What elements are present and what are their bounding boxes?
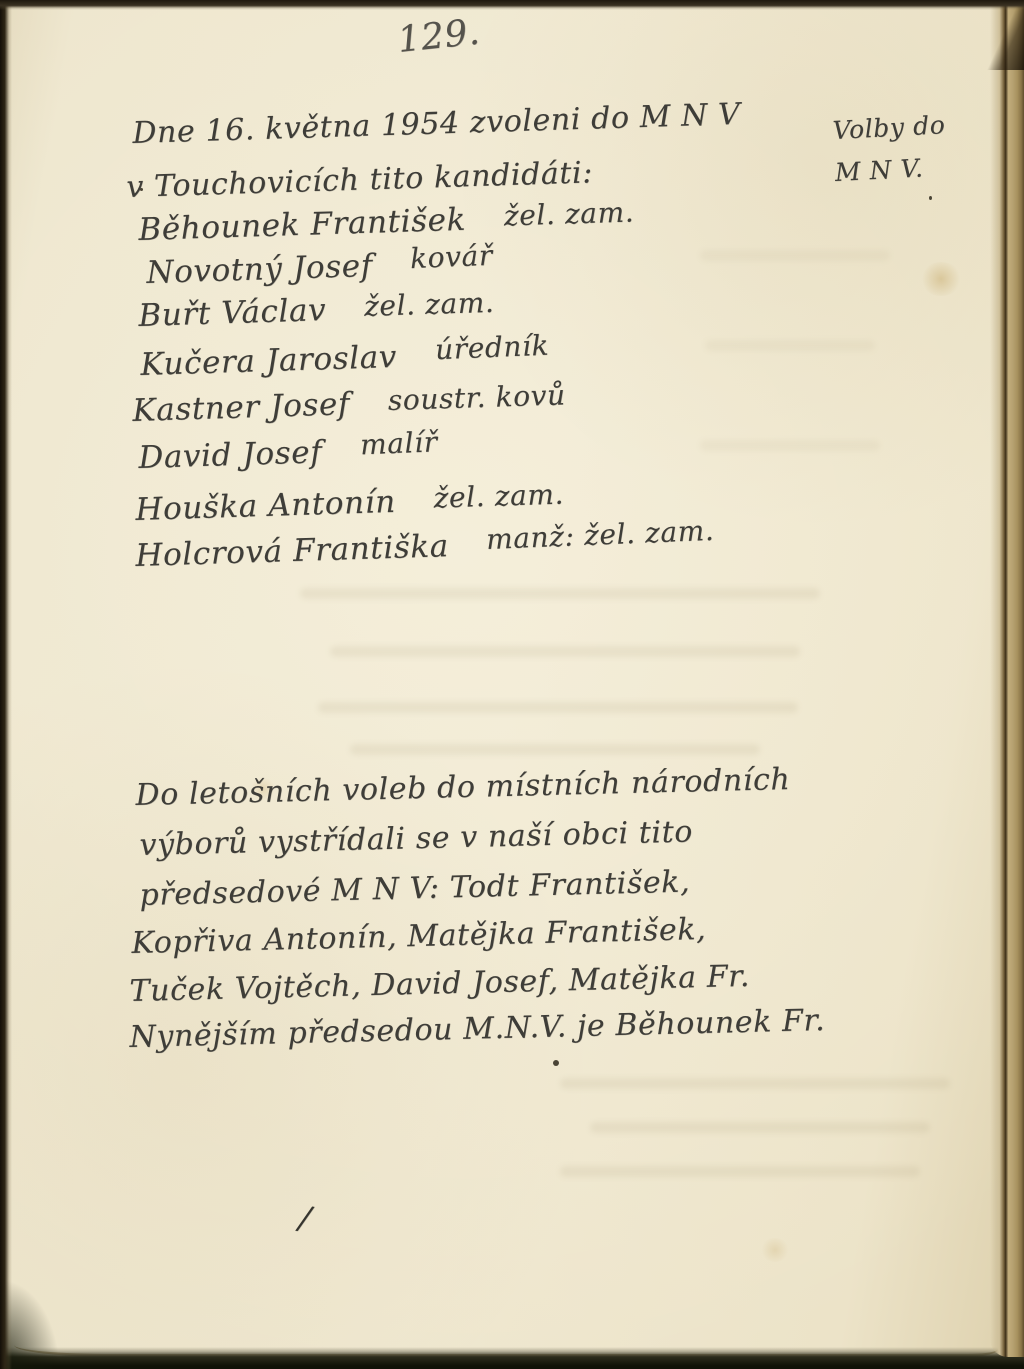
candidate-occupation: kovář (410, 239, 494, 275)
scan-edge-left (0, 0, 12, 1369)
ink-bleed-through (700, 250, 890, 261)
ink-speck (929, 196, 932, 200)
candidate-name: David Josef (138, 434, 323, 476)
margin-note-line-1: Volby do (832, 104, 947, 152)
ink-bleed-through (590, 1122, 930, 1133)
ink-speck (553, 1060, 559, 1066)
candidate-occupation: soustr. kovů (387, 378, 566, 417)
page-number: 129. (396, 12, 482, 61)
book-page-edges-corner (974, 0, 1024, 70)
candidate-occupation: malíř (359, 425, 438, 461)
ink-bleed-through (700, 440, 880, 451)
ink-bleed-through (350, 744, 760, 755)
ink-bleed-through (300, 588, 820, 599)
candidate-occupation: žel. zam. (433, 478, 564, 515)
margin-note-line-2: M N V. (834, 146, 949, 194)
ink-bleed-through (705, 340, 875, 351)
ink-bleed-through (318, 702, 798, 713)
scan-edge-top (0, 0, 1024, 10)
paper-stain (760, 1238, 790, 1262)
candidate-name: Buřt Václav (138, 292, 327, 334)
margin-note: Volby do M N V. (832, 104, 949, 194)
ink-bleed-through (560, 1166, 920, 1177)
paper-stain (920, 262, 962, 296)
book-page-edges-right (990, 0, 1024, 1357)
candidate-occupation: žel. zam. (503, 195, 634, 232)
candidate-occupation: žel. zam. (364, 286, 495, 323)
ink-bleed-through (560, 1078, 950, 1089)
ink-bleed-through (330, 646, 800, 657)
scan-edge-bottom (0, 1347, 1024, 1369)
candidate-occupation: úředník (434, 329, 549, 367)
candidate-name: Kastner Josef (132, 386, 351, 429)
scanned-chronicle-page: { "page": { "page_number": "129.", "marg… (0, 0, 1024, 1369)
candidate-name: Novotný Josef (146, 248, 373, 291)
